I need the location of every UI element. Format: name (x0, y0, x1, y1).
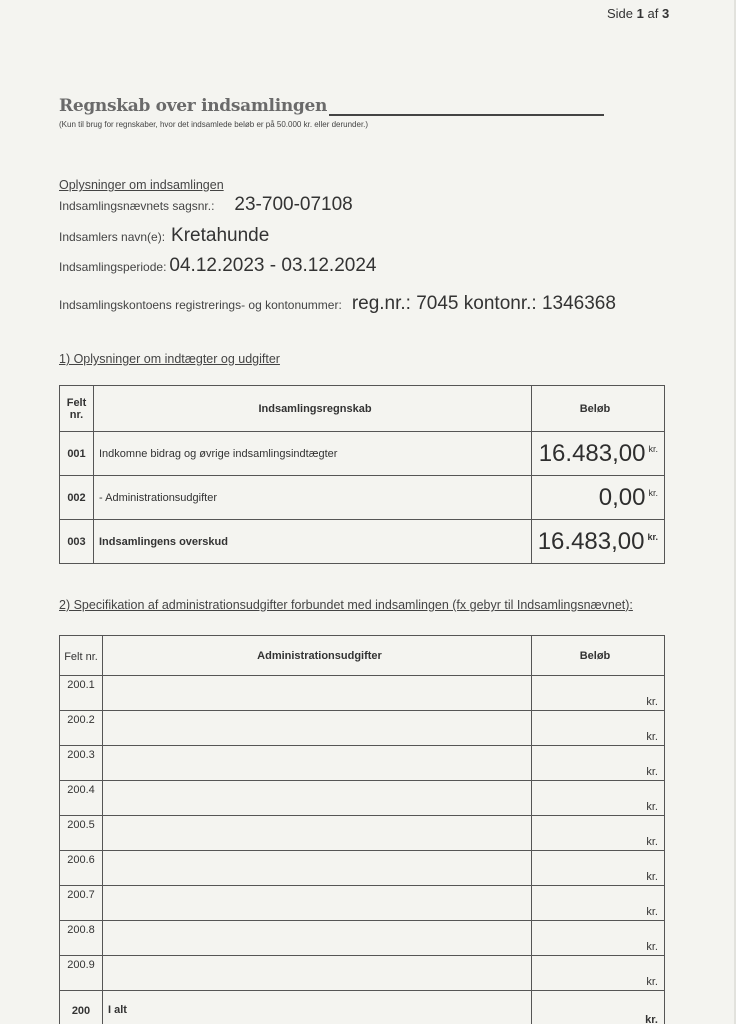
table-row: 200.8kr. (60, 921, 665, 956)
account-value[interactable]: reg.nr.: 7045 kontonr.: 1346368 (352, 293, 616, 315)
total-label: I alt (103, 991, 532, 1024)
row-desc: Indsamlingens overskud (94, 520, 532, 564)
row-felt: 200.9 (60, 956, 103, 991)
period-value[interactable]: 04.12.2023 - 03.12.2024 (169, 255, 376, 277)
section2-title: 2) Specifikation af administrationsudgif… (59, 598, 633, 612)
header-desc: Indsamlingsregnskab (94, 386, 532, 432)
income-expense-table: Felt nr. Indsamlingsregnskab Beløb 001 I… (59, 385, 665, 564)
row-amount[interactable]: kr. (532, 676, 665, 711)
currency-unit: kr. (647, 532, 658, 542)
table-row: 200.5kr. (60, 816, 665, 851)
page-number: Side 1 af 3 (607, 6, 669, 21)
header-felt: Felt nr. (60, 636, 103, 676)
row-desc[interactable] (103, 711, 532, 746)
section1-title: 1) Oplysninger om indtægter og udgifter (59, 352, 280, 366)
table-row: 200.6kr. (60, 851, 665, 886)
row-amount-cell[interactable]: 16.483,00kr. (532, 432, 665, 476)
table-row: 001 Indkomne bidrag og øvrige indsamling… (60, 432, 665, 476)
row-amount[interactable]: kr. (532, 781, 665, 816)
row-felt: 200.5 (60, 816, 103, 851)
row-felt: 200.8 (60, 921, 103, 956)
currency-unit: kr. (648, 488, 658, 498)
page-current: 1 (637, 6, 644, 21)
row-felt: 001 (60, 432, 94, 476)
header-amount: Beløb (532, 636, 665, 676)
table-row: 200.4kr. (60, 781, 665, 816)
table-row: 200.1kr. (60, 676, 665, 711)
document-subtitle: (Kun til brug for regnskaber, hvor det i… (59, 120, 604, 129)
currency-unit: kr. (648, 444, 658, 454)
info-section-title: Oplysninger om indsamlingen (59, 178, 679, 192)
row-amount-cell[interactable]: 16.483,00kr. (532, 520, 665, 564)
page-total: 3 (662, 6, 669, 21)
header-desc: Administrationsudgifter (103, 636, 532, 676)
row-amount[interactable]: kr. (532, 816, 665, 851)
row-amount[interactable]: kr. (532, 851, 665, 886)
table-row: 200.2kr. (60, 711, 665, 746)
row-felt: 200.2 (60, 711, 103, 746)
case-number-label: Indsamlingsnævnets sagsnr.: (59, 199, 214, 213)
table-row: 200.3kr. (60, 746, 665, 781)
case-number-row: Indsamlingsnævnets sagsnr.: 23-700-07108 (59, 194, 679, 216)
total-amount[interactable]: kr. (532, 991, 665, 1024)
collection-info: Oplysninger om indsamlingen Indsamlingsn… (59, 178, 679, 315)
row-desc: Indkomne bidrag og øvrige indsamlingsind… (94, 432, 532, 476)
row-felt: 200.6 (60, 851, 103, 886)
row-felt: 200.1 (60, 676, 103, 711)
row-felt: 002 (60, 476, 94, 520)
row-desc[interactable] (103, 746, 532, 781)
account-row: Indsamlingskontoens registrerings- og ko… (59, 293, 679, 315)
page-label: Side (607, 6, 633, 21)
row-amount[interactable]: kr. (532, 886, 665, 921)
collector-value[interactable]: Kretahunde (171, 225, 269, 247)
row-amount[interactable]: kr. (532, 921, 665, 956)
row-desc[interactable] (103, 676, 532, 711)
admin-expenses-table: Felt nr. Administrationsudgifter Beløb 2… (59, 635, 665, 1024)
row-desc[interactable] (103, 781, 532, 816)
total-felt: 200 (60, 991, 103, 1024)
row-desc[interactable] (103, 816, 532, 851)
collector-row: Indsamlers navn(e): Kretahunde (59, 225, 679, 247)
row-amount[interactable]: kr. (532, 711, 665, 746)
document-title: Regnskab over indsamlingen (59, 96, 604, 116)
header-amount: Beløb (532, 386, 665, 432)
title-text: Regnskab over indsamlingen (59, 96, 327, 116)
row-felt: 200.4 (60, 781, 103, 816)
row-desc[interactable] (103, 886, 532, 921)
period-row: Indsamlingsperiode: 04.12.2023 - 03.12.2… (59, 255, 679, 277)
row-amount: 16.483,00 (539, 440, 646, 467)
document-header: Regnskab over indsamlingen (Kun til brug… (59, 96, 604, 129)
table-row: 200.7kr. (60, 886, 665, 921)
row-desc[interactable] (103, 851, 532, 886)
collector-label: Indsamlers navn(e): (59, 230, 165, 244)
header-felt: Felt nr. (60, 386, 94, 432)
row-amount[interactable]: kr. (532, 956, 665, 991)
table-row: 200.9kr. (60, 956, 665, 991)
table-row: 003 Indsamlingens overskud 16.483,00kr. (60, 520, 665, 564)
table-row: 002 - Administrationsudgifter 0,00kr. (60, 476, 665, 520)
total-row: 200 I alt kr. (60, 991, 665, 1024)
row-desc[interactable] (103, 956, 532, 991)
row-felt: 200.7 (60, 886, 103, 921)
table-header-row: Felt nr. Administrationsudgifter Beløb (60, 636, 665, 676)
title-underline (329, 98, 604, 116)
case-number-value[interactable]: 23-700-07108 (234, 194, 352, 216)
period-label: Indsamlingsperiode: (59, 260, 166, 274)
table-header-row: Felt nr. Indsamlingsregnskab Beløb (60, 386, 665, 432)
account-label: Indsamlingskontoens registrerings- og ko… (59, 298, 342, 312)
row-amount: 16.483,00 (538, 528, 645, 555)
row-amount-cell[interactable]: 0,00kr. (532, 476, 665, 520)
row-felt: 003 (60, 520, 94, 564)
row-amount[interactable]: kr. (532, 746, 665, 781)
row-desc: - Administrationsudgifter (94, 476, 532, 520)
page-of: af (648, 6, 659, 21)
row-felt: 200.3 (60, 746, 103, 781)
row-desc[interactable] (103, 921, 532, 956)
row-amount: 0,00 (599, 484, 646, 511)
